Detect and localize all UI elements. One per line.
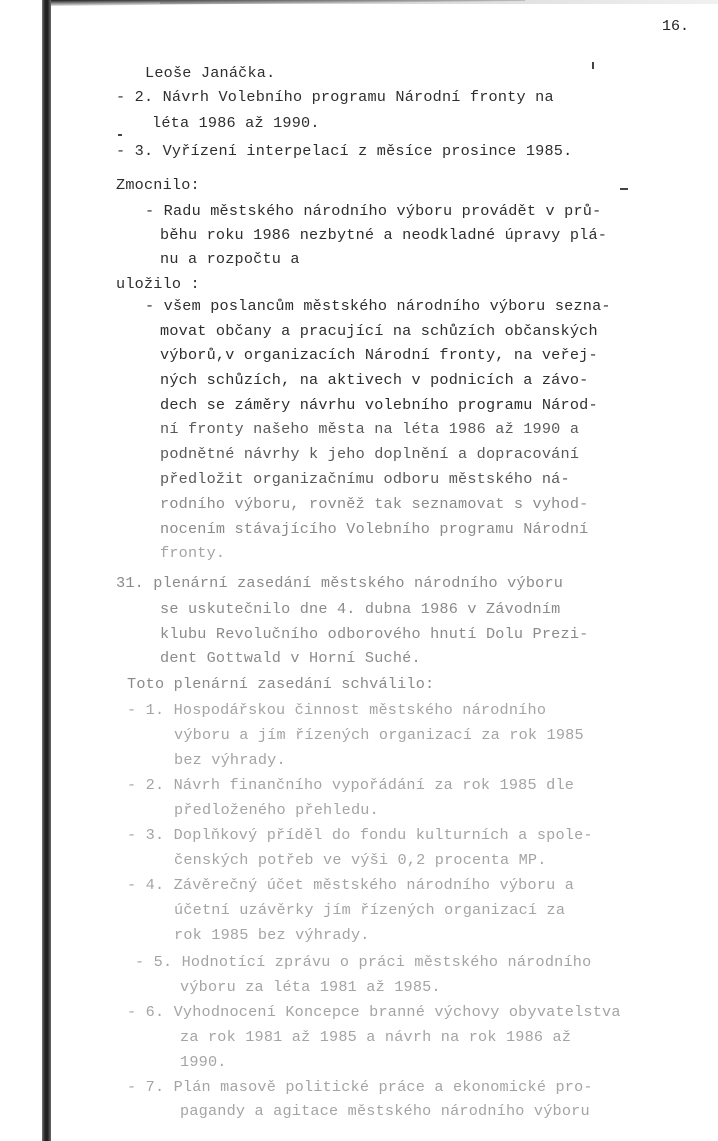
text-line: předložit organizačnímu odboru městského… (160, 472, 570, 487)
text-line: - 3. Doplňkový příděl do fondu kulturníc… (127, 828, 593, 843)
text-line: movat občany a pracující na schůzích obč… (160, 324, 598, 339)
stray-mark (118, 134, 122, 136)
scan-binding-edge (42, 0, 51, 1141)
scan-top-fade (160, 0, 718, 4)
text-line: - 6. Vyhodnocení Koncepce branné výchovy… (127, 1005, 621, 1020)
text-line: se uskutečnilo dne 4. dubna 1986 v Závod… (160, 602, 561, 617)
text-line: klubu Revolučního odborového hnutí Dolu … (160, 627, 588, 642)
text-line: Zmocnilo: (116, 178, 200, 193)
text-line: - 2. Návrh finančního vypořádání za rok … (127, 778, 574, 793)
text-line: - Radu městského národního výboru provád… (145, 204, 601, 219)
text-line: rok 1985 bez výhrady. (174, 928, 370, 943)
text-line: nu a rozpočtu a (160, 252, 300, 267)
text-line: Toto plenární zasedání schválilo: (127, 677, 434, 692)
page-number: 16. (662, 18, 689, 35)
text-line: 31. plenární zasedání městského národníh… (116, 576, 563, 591)
text-line: výborů,v organizacích Národní fronty, na… (160, 348, 598, 363)
text-line: účetní uzávěrky jím řízených organizací … (174, 903, 565, 918)
text-line: fronty. (160, 546, 225, 561)
text-line: 1990. (180, 1055, 227, 1070)
text-line: - 3. Vyřízení interpelací z měsíce prosi… (116, 144, 572, 159)
text-line: - 7. Plán masově politické práce a ekono… (127, 1080, 593, 1095)
text-line: za rok 1981 až 1985 a návrh na rok 1986 … (180, 1030, 571, 1045)
text-line: pagandy a agitace městského národního vý… (180, 1104, 590, 1119)
text-line: běhu roku 1986 nezbytné a neodkladné úpr… (160, 228, 607, 243)
text-line: - všem poslancům městského národního výb… (145, 299, 611, 314)
text-line: - 4. Závěrečný účet městského národního … (127, 878, 574, 893)
text-line: rodního výboru, rovněž tak seznamovat s … (160, 497, 588, 512)
text-line: čenských potřeb ve výši 0,2 procenta MP. (174, 853, 547, 868)
stray-mark (620, 188, 628, 190)
text-line: výboru a jím řízených organizací za rok … (174, 728, 584, 743)
stray-mark (592, 62, 594, 69)
text-line: uložilo : (116, 277, 200, 292)
text-line: ných schůzích, na aktivech v podnicích a… (160, 373, 588, 388)
text-line: bez výhrady. (174, 753, 286, 768)
text-line: - 1. Hospodářskou činnost městského náro… (127, 703, 546, 718)
text-line: dech se záměry návrhu volebního programu… (160, 398, 598, 413)
text-line: léta 1986 až 1990. (152, 116, 320, 131)
text-line: dent Gottwald v Horní Suché. (160, 651, 421, 666)
text-line: Leoše Janáčka. (145, 66, 275, 81)
text-line: - 5. Hodnotící zprávu o práci městského … (135, 955, 591, 970)
text-line: nocením stávajícího Volebního programu N… (160, 522, 588, 537)
text-line: předloženého přehledu. (174, 803, 379, 818)
text-line: ní fronty našeho města na léta 1986 až 1… (160, 422, 579, 437)
text-line: výboru za léta 1981 až 1985. (180, 980, 441, 995)
text-line: - 2. Návrh Volebního programu Národní fr… (116, 90, 554, 105)
text-line: podnětné návrhy k jeho doplnění a doprac… (160, 447, 579, 462)
